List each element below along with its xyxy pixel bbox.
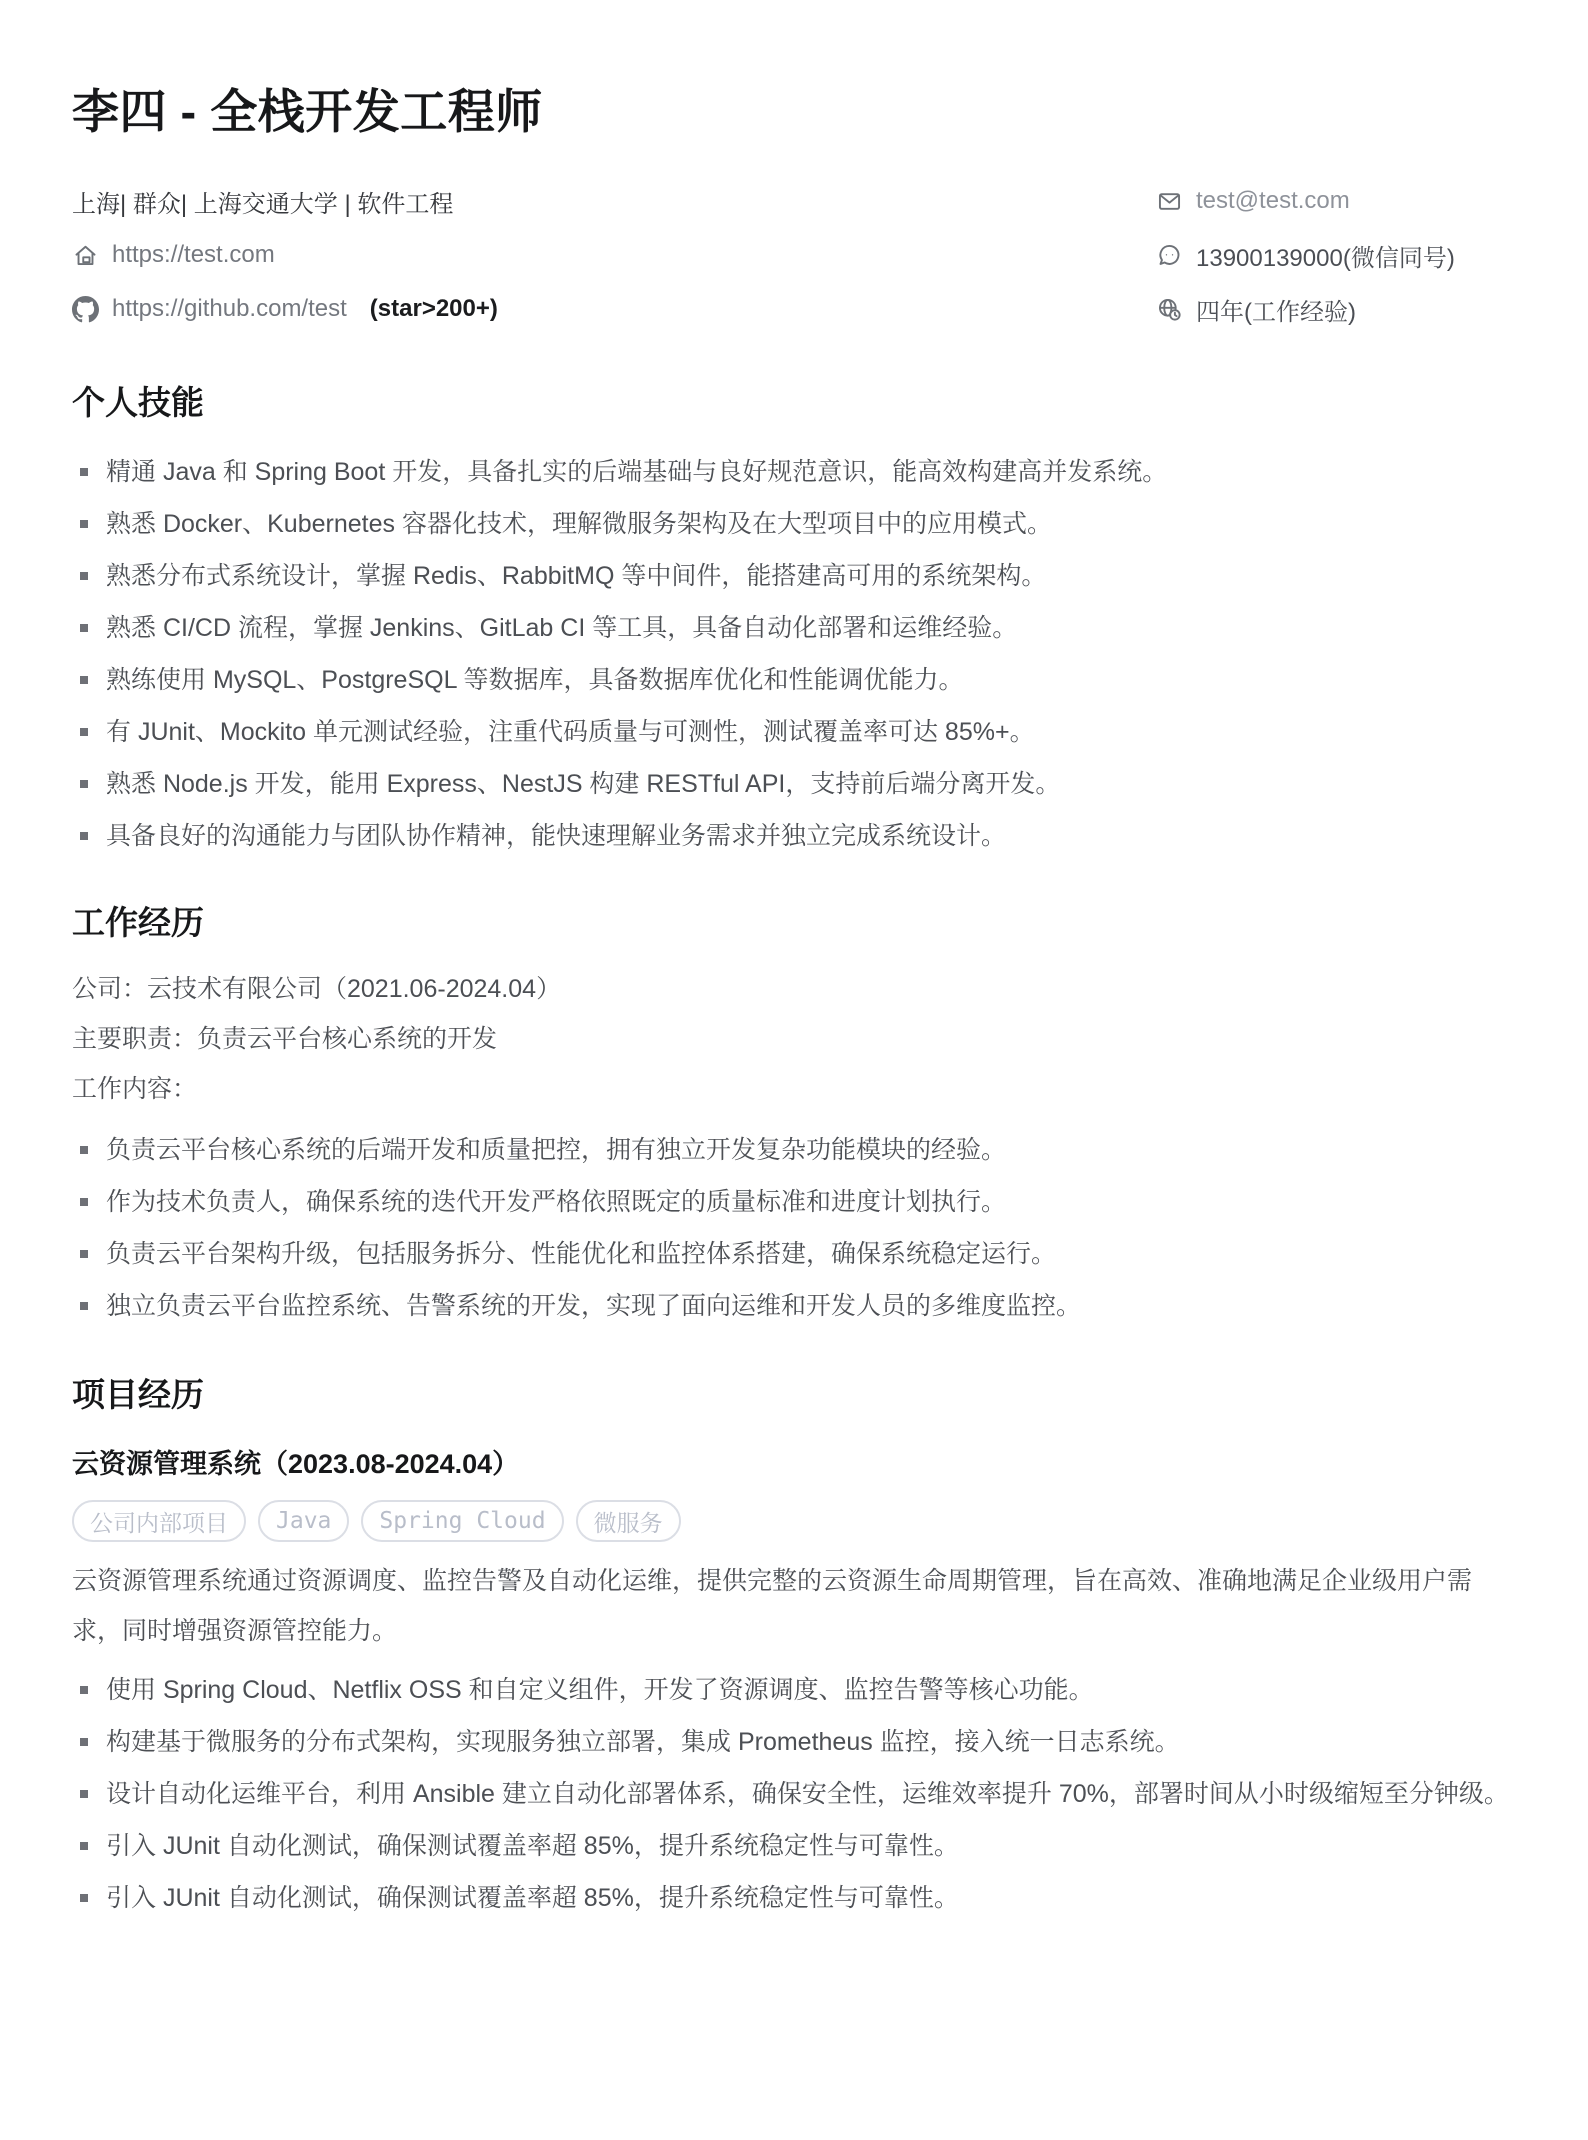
- work-item: 负责云平台架构升级，包括服务拆分、性能优化和监控体系搭建，确保系统稳定运行。: [72, 1228, 1516, 1280]
- homepage-link[interactable]: https://test.com: [112, 241, 275, 269]
- experience-years: 四年(工作经验): [1196, 292, 1356, 327]
- profile-meta-row: 上海| 群众| 上海交通大学 | 软件工程: [72, 174, 498, 228]
- work-section-heading: 工作经历: [72, 902, 1516, 944]
- skill-item: 熟悉 Docker、Kubernetes 容器化技术，理解微服务架构及在大型项目…: [72, 498, 1516, 550]
- skill-item: 精通 Java 和 Spring Boot 开发，具备扎实的后端基础与良好规范意…: [72, 446, 1516, 498]
- skill-item: 熟悉 CI/CD 流程，掌握 Jenkins、GitLab CI 等工具，具备自…: [72, 602, 1516, 654]
- project-item: 使用 Spring Cloud、Netflix OSS 和自定义组件，开发了资源…: [72, 1664, 1516, 1716]
- projects-section-heading: 项目经历: [72, 1374, 1516, 1416]
- project-item: 引入 JUnit 自动化测试，确保测试覆盖率超 85%，提升系统稳定性与可靠性。: [72, 1872, 1516, 1924]
- work-company-line: 公司：云技术有限公司（2021.06-2024.04）: [72, 964, 1516, 1014]
- skill-item: 有 JUnit、Mockito 单元测试经验，注重代码质量与可测性，测试覆盖率可…: [72, 706, 1516, 758]
- work-list: 负责云平台核心系统的后端开发和质量把控，拥有独立开发复杂功能模块的经验。 作为技…: [72, 1124, 1516, 1332]
- skill-item: 熟悉 Node.js 开发，能用 Express、NestJS 构建 RESTf…: [72, 758, 1516, 810]
- work-item: 作为技术负责人，确保系统的迭代开发严格依照既定的质量标准和进度计划执行。: [72, 1176, 1516, 1228]
- project-tag: Spring Cloud: [361, 1500, 563, 1542]
- chat-bubble-icon: [1156, 242, 1183, 269]
- project-description: 云资源管理系统通过资源调度、监控告警及自动化运维，提供完整的云资源生命周期管理，…: [72, 1556, 1516, 1656]
- skill-item: 具备良好的沟通能力与团队协作精神，能快速理解业务需求并独立完成系统设计。: [72, 810, 1516, 862]
- work-content-label: 工作内容：: [72, 1064, 1516, 1114]
- phone-row: 13900139000(微信同号): [1156, 228, 1516, 282]
- project-tag: 微服务: [576, 1500, 681, 1542]
- work-item: 负责云平台核心系统的后端开发和质量把控，拥有独立开发复杂功能模块的经验。: [72, 1124, 1516, 1176]
- project-list: 使用 Spring Cloud、Netflix OSS 和自定义组件，开发了资源…: [72, 1664, 1516, 1924]
- home-icon: [72, 242, 99, 269]
- github-link[interactable]: https://github.com/test: [112, 295, 347, 323]
- profile-meta: 上海| 群众| 上海交通大学 | 软件工程: [72, 184, 453, 219]
- contact-left-column: 上海| 群众| 上海交通大学 | 软件工程 https://test.com: [72, 174, 498, 336]
- skill-item: 熟练使用 MySQL、PostgreSQL 等数据库，具备数据库优化和性能调优能…: [72, 654, 1516, 706]
- skills-section-heading: 个人技能: [72, 382, 1516, 424]
- project-item: 引入 JUnit 自动化测试，确保测试覆盖率超 85%，提升系统稳定性与可靠性。: [72, 1820, 1516, 1872]
- project-item: 构建基于微服务的分布式架构，实现服务独立部署，集成 Prometheus 监控，…: [72, 1716, 1516, 1768]
- skills-list: 精通 Java 和 Spring Boot 开发，具备扎实的后端基础与良好规范意…: [72, 446, 1516, 862]
- header-contact-block: 上海| 群众| 上海交通大学 | 软件工程 https://test.com: [72, 174, 1516, 336]
- resume-page: 李四 - 全栈开发工程师 上海| 群众| 上海交通大学 | 软件工程 https…: [0, 82, 1588, 1924]
- globe-clock-icon: [1156, 296, 1183, 323]
- phone-number: 13900139000(微信同号): [1196, 238, 1455, 273]
- project-tag: 公司内部项目: [72, 1500, 246, 1542]
- project-title: 云资源管理系统（2023.08-2024.04）: [72, 1446, 1516, 1482]
- skill-item: 熟悉分布式系统设计，掌握 Redis、RabbitMQ 等中间件，能搭建高可用的…: [72, 550, 1516, 602]
- work-info-block: 公司：云技术有限公司（2021.06-2024.04） 主要职责：负责云平台核心…: [72, 964, 1516, 1114]
- work-item: 独立负责云平台监控系统、告警系统的开发，实现了面向运维和开发人员的多维度监控。: [72, 1280, 1516, 1332]
- project-tag: Java: [258, 1500, 349, 1542]
- envelope-icon: [1156, 188, 1183, 215]
- work-responsibility-line: 主要职责：负责云平台核心系统的开发: [72, 1014, 1516, 1064]
- github-star-badge: (star>200+): [370, 295, 498, 323]
- github-icon: [72, 296, 99, 323]
- github-row: https://github.com/test (star>200+): [72, 282, 498, 336]
- page-title: 李四 - 全栈开发工程师: [72, 82, 1516, 142]
- email-row: test@test.com: [1156, 174, 1516, 228]
- project-tags: 公司内部项目 Java Spring Cloud 微服务: [72, 1500, 1516, 1542]
- email-link[interactable]: test@test.com: [1196, 187, 1350, 215]
- homepage-row: https://test.com: [72, 228, 498, 282]
- experience-row: 四年(工作经验): [1156, 282, 1516, 336]
- contact-right-column: test@test.com 13900139000(微信同号): [1156, 174, 1516, 336]
- project-item: 设计自动化运维平台，利用 Ansible 建立自动化部署体系，确保安全性，运维效…: [72, 1768, 1516, 1820]
